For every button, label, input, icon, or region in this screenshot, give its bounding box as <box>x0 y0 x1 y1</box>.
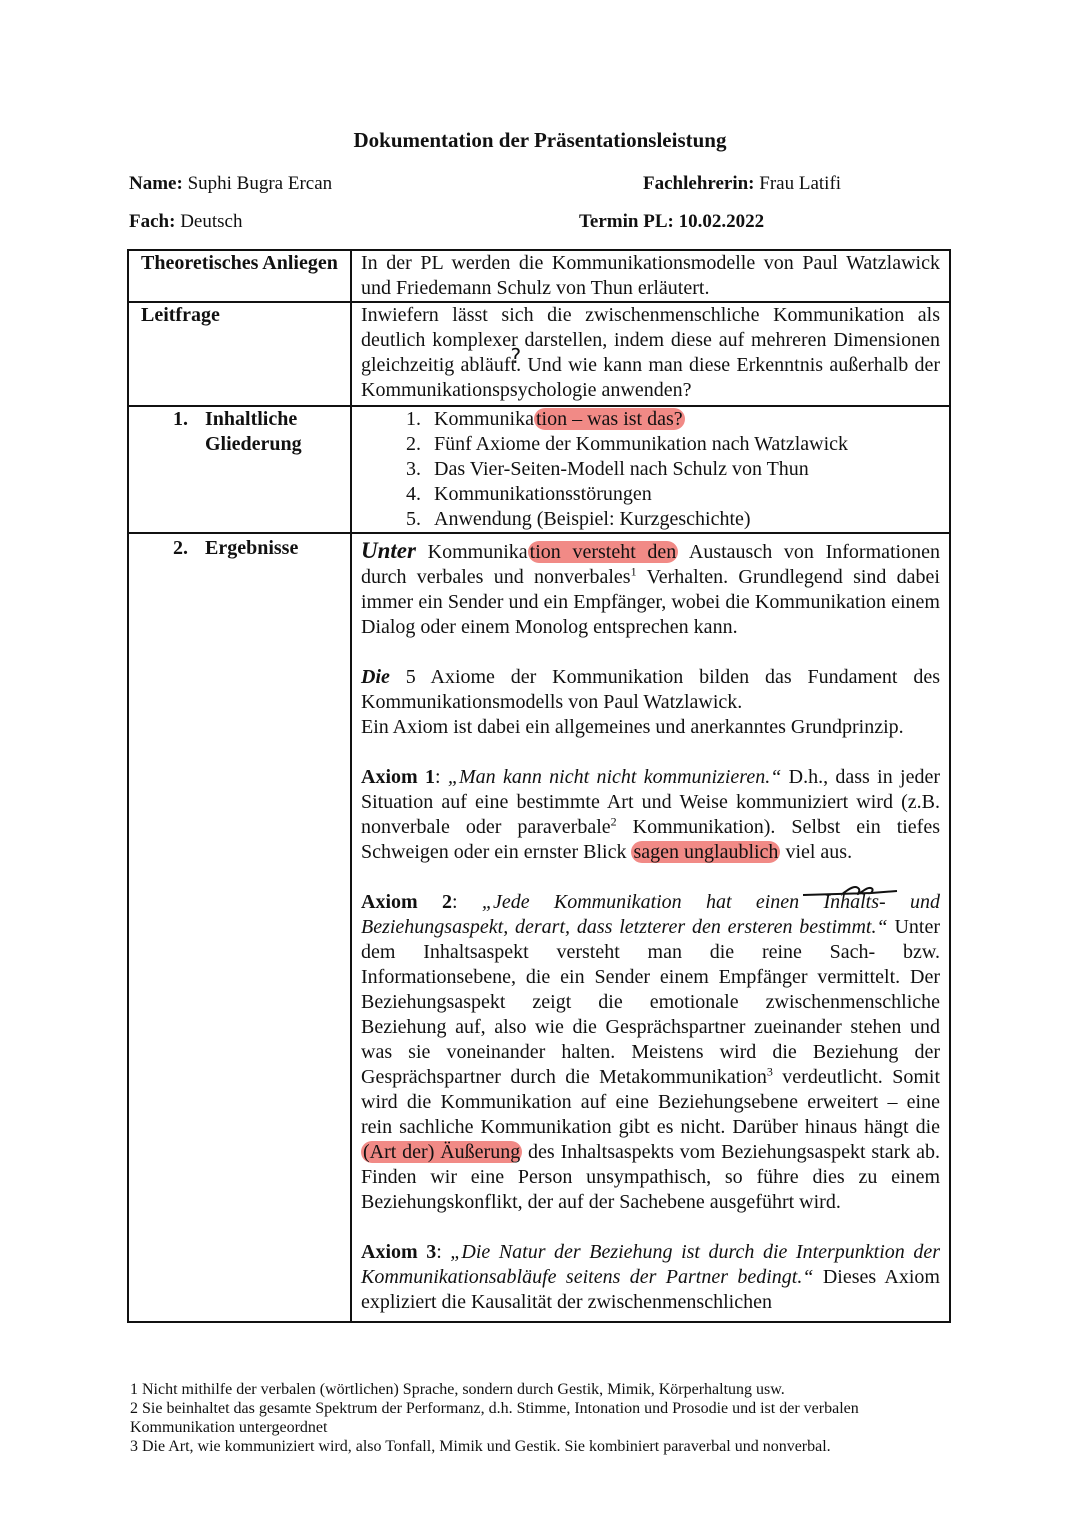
highlight-mark: sagen unglaublich <box>631 841 780 863</box>
list-item: Kommunikationsstörungen <box>426 482 940 507</box>
footnote-3: 3 Die Art, wie kommuniziert wird, also T… <box>130 1437 950 1456</box>
footnote-1: 1 Nicht mithilfe der verbalen (wörtliche… <box>130 1380 950 1399</box>
list-item: Kommunikation – was ist das? <box>426 407 940 432</box>
row-label-leitfrage: Leitfrage <box>128 302 351 406</box>
table-row-ergebnisse: 2. Ergebnisse Unter Kommunikation verste… <box>128 533 950 1322</box>
row-label-anliegen: Theoretisches Anliegen <box>128 250 351 302</box>
date-value: 10.02.2022 <box>679 211 765 232</box>
teacher-label: Fachlehrerin: <box>643 173 755 194</box>
table-row-anliegen: Theoretisches Anliegen In der PL werden … <box>128 250 950 302</box>
row-label-ergebnisse: 2. Ergebnisse <box>128 533 351 1322</box>
row-label-gliederung: 1. Inhaltliche Gliederung <box>128 406 351 533</box>
highlight-mark: tion – was ist das? <box>534 408 685 430</box>
pen-squiggle-icon <box>801 879 901 901</box>
document-title: Dokumentation der Präsentationsleistung <box>0 128 1080 153</box>
question-annotation-icon: ? <box>511 344 522 369</box>
teacher-value: Frau Latifi <box>759 173 841 194</box>
highlight-mark: t.? <box>511 354 522 376</box>
list-item: Anwendung (Beispiel: Kurzgeschichte) <box>426 507 940 532</box>
date-label: Termin PL: <box>579 211 674 232</box>
date-field: Termin PL: 10.02.2022 <box>579 211 764 233</box>
subject-value: Deutsch <box>180 211 242 232</box>
row-content-gliederung: Kommunikation – was ist das? Fünf Axiome… <box>351 406 950 533</box>
footnotes: 1 Nicht mithilfe der verbalen (wörtliche… <box>130 1380 950 1456</box>
row-content-ergebnisse: Unter Kommunikation versteht den Austaus… <box>351 533 950 1322</box>
row-content-leitfrage: Inwiefern lässt sich die zwischenmenschl… <box>351 302 950 406</box>
outline-list: Kommunikation – was ist das? Fünf Axiome… <box>361 407 940 532</box>
footnote-2: 2 Sie beinhaltet das gesamte Spektrum de… <box>130 1399 950 1437</box>
paragraph-axiom-3: Axiom 3: „Die Natur der Beziehung ist du… <box>361 1240 940 1315</box>
name-label: Name: <box>129 173 183 194</box>
list-item: Fünf Axiome der Kommunikation nach Watzl… <box>426 432 940 457</box>
list-item: Das Vier-Seiten-Modell nach Schulz von T… <box>426 457 940 482</box>
highlight-mark: (Art der) Äußerung <box>361 1141 522 1163</box>
name-value: Suphi Bugra Ercan <box>188 173 333 194</box>
subject-field: Fach: Deutsch <box>129 211 242 233</box>
teacher-field: Fachlehrerin: Frau Latifi <box>643 173 841 195</box>
highlight-mark: tion versteht den <box>528 541 679 563</box>
table-row-gliederung: 1. Inhaltliche Gliederung Kommunikation … <box>128 406 950 533</box>
name-field: Name: Suphi Bugra Ercan <box>129 173 332 195</box>
subject-label: Fach: <box>129 211 175 232</box>
paragraph-definition: Unter Kommunikation versteht den Austaus… <box>361 538 940 640</box>
table-row-leitfrage: Leitfrage Inwiefern lässt sich die zwisc… <box>128 302 950 406</box>
paragraph-axioms-intro: Die 5 Axiome der Kommunikation bilden da… <box>361 665 940 740</box>
paragraph-axiom-2: Axiom 2: „Jede Kommunikation hat einen I… <box>361 890 940 1215</box>
paragraph-axiom-1: Axiom 1: „Man kann nicht nicht kommunizi… <box>361 765 940 865</box>
row-content-anliegen: In der PL werden die Kommunikationsmodel… <box>351 250 950 302</box>
documentation-table: Theoretisches Anliegen In der PL werden … <box>127 249 951 1323</box>
